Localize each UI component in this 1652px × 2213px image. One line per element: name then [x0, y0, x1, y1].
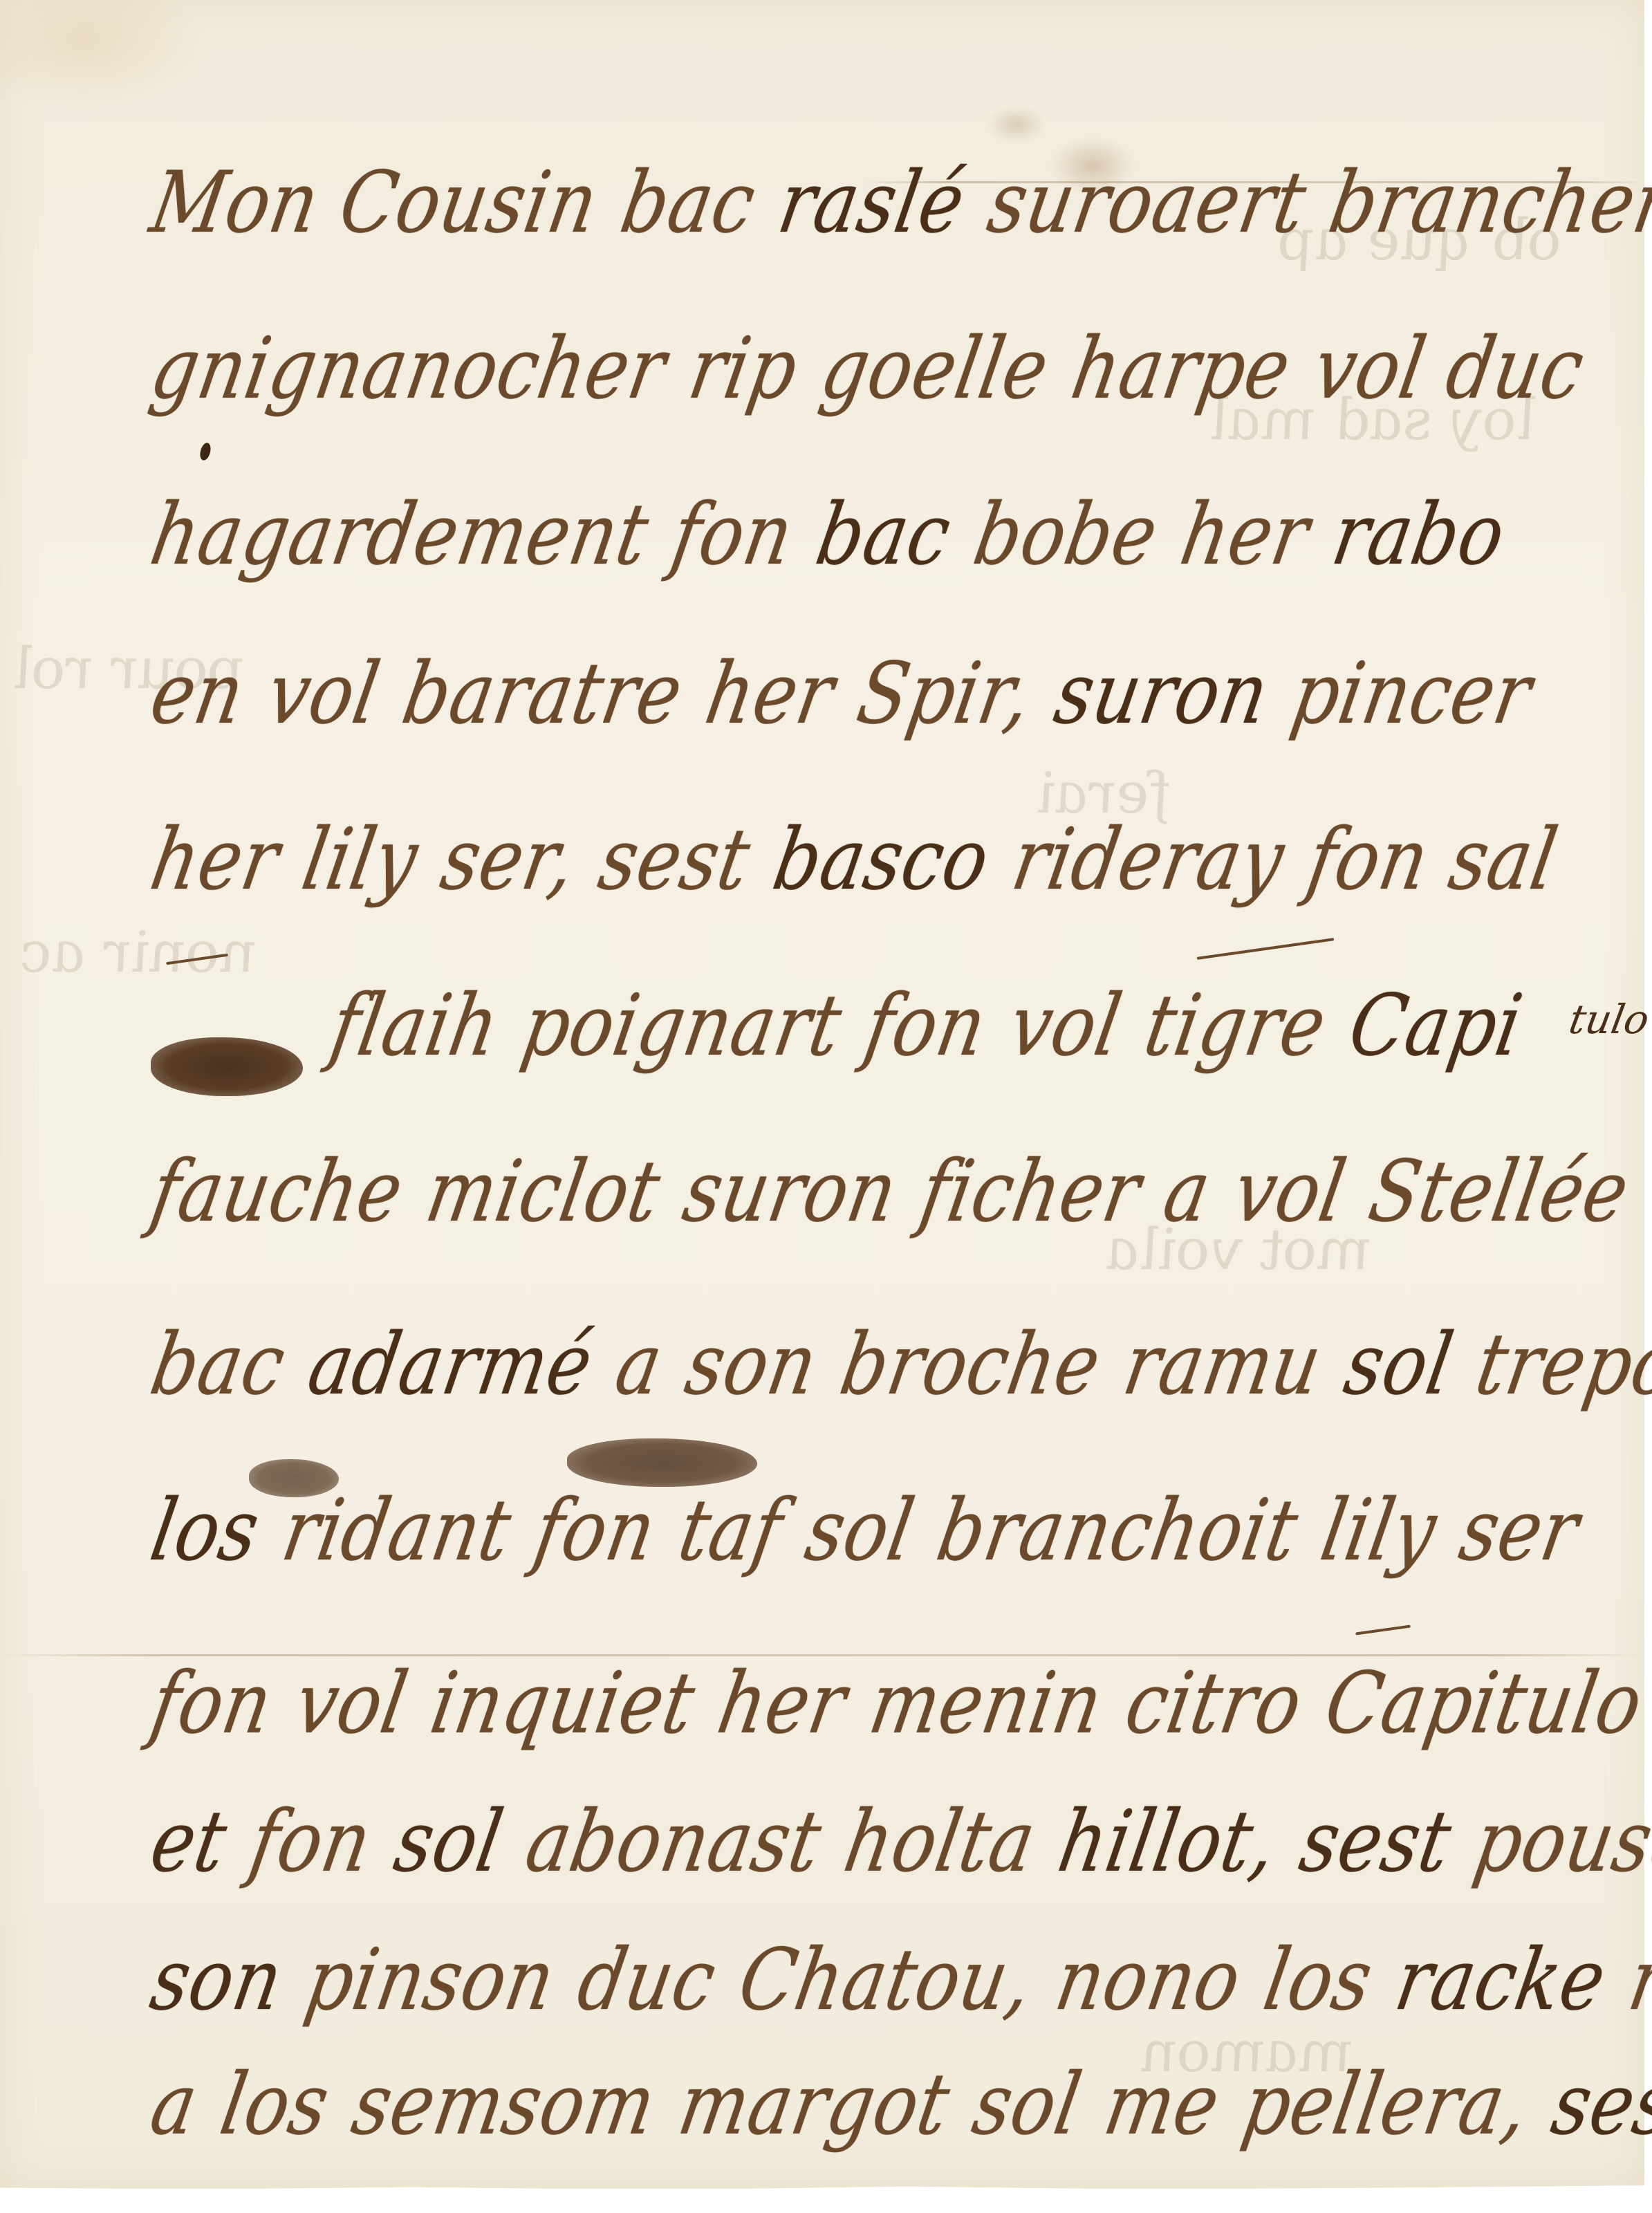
underline-stroke [1355, 1624, 1411, 1635]
word: brancher [1323, 153, 1652, 252]
word: Capitulo [1319, 1654, 1650, 1753]
word: pellera, [1236, 2055, 1536, 2154]
manuscript-line-13: alossemsommargotsolmepellera,sest [145, 2062, 1652, 2147]
word: vol [1227, 1142, 1353, 1241]
word: suron [676, 1142, 904, 1241]
word: gnignanocher [144, 319, 674, 418]
word: her [711, 1654, 854, 1753]
word: suron [1048, 644, 1276, 743]
word: branchoit [930, 1481, 1306, 1580]
word: vol [288, 1654, 415, 1753]
word: sol [388, 1792, 511, 1891]
word: fauche [144, 1142, 411, 1241]
interlinear-insertion: tulo [1566, 996, 1652, 1043]
struck-out-word [151, 1037, 303, 1096]
word: fon [144, 1654, 279, 1753]
manuscript-line-8: bacadarméasonbrocheramusoltreport [145, 1322, 1652, 1407]
word: Stellée [1362, 1142, 1637, 1241]
word: hillot, [1052, 1792, 1285, 1891]
word: bac [144, 1315, 293, 1414]
word: ridant [275, 1481, 519, 1580]
word: sest [592, 810, 757, 909]
word: sest [1545, 2055, 1652, 2154]
word: miclot [419, 1142, 667, 1241]
manuscript-line-4: envolbaratreherSpir,suronpincer [145, 651, 1564, 736]
word: holta [837, 1792, 1043, 1891]
word: fon sal [1301, 810, 1565, 909]
scribbled-strike-through [567, 1438, 757, 1487]
manuscript-line-3: hagardementfonbacbobeherrabo [145, 492, 1537, 577]
word: duc [571, 1930, 723, 2030]
word: ride [1622, 1930, 1652, 2030]
word: bac [614, 153, 763, 252]
word: et [144, 1792, 234, 1891]
word: Chatou, [732, 1930, 1040, 2030]
word: sol [1337, 1315, 1460, 1414]
word: basco [766, 810, 996, 909]
word: hagardement [144, 485, 656, 584]
word: los [1257, 1930, 1380, 2030]
word: sol [799, 1481, 922, 1580]
word: a [144, 2055, 205, 2154]
word: en [144, 644, 252, 743]
word: Spir, [851, 644, 1039, 743]
word: vol duc [1307, 319, 1592, 418]
word: flaih [324, 976, 506, 1075]
word: tigre [1138, 976, 1333, 1075]
manuscript-line-9: losridantfontafsolbranchoitlilyser [145, 1488, 1611, 1573]
word: fon [665, 485, 800, 584]
word: los [144, 1481, 267, 1580]
word: fon [528, 1481, 663, 1580]
word: sest [1293, 1792, 1458, 1891]
manuscript-line-12: sonpinsonducChatou,nonolosrackeride [145, 1937, 1652, 2022]
word: Mon Cousin [144, 153, 605, 252]
word: her [699, 644, 842, 743]
word: a [1157, 1142, 1218, 1241]
word: fon [243, 1792, 378, 1891]
word: son [678, 1315, 824, 1414]
underline-stroke [166, 954, 228, 965]
manuscript-line-11: etfonsolabonastholtahillot,sestpouserori… [145, 1799, 1652, 1884]
word: bobe [967, 485, 1165, 584]
word: Capi [1342, 976, 1530, 1075]
word: margot [672, 2055, 958, 2154]
word: lily [1315, 1481, 1445, 1580]
letter-body: Mon Cousinbacraslésuroaertbrancher gnign… [0, 0, 1644, 2189]
underline-stroke [1197, 938, 1335, 960]
word: citro [1119, 1654, 1310, 1753]
word: vol [1003, 976, 1129, 1075]
manuscript-line-7: fauchemiclotsuronficheravolStellée [145, 1149, 1652, 1234]
word: harpe [1065, 319, 1298, 418]
word: sol [966, 2055, 1089, 2154]
word: nono [1049, 1930, 1249, 2030]
word: poignart [515, 976, 849, 1075]
word: ficher [913, 1142, 1149, 1241]
word: los [214, 2055, 337, 2154]
word: pincer [1285, 644, 1539, 743]
ink-drop [198, 442, 212, 462]
word: semsom [345, 2055, 663, 2154]
word: abonast [519, 1792, 829, 1891]
manuscript-line-10: fonvolinquiethermenincitroCapitulo [145, 1660, 1652, 1746]
word: rip [683, 319, 806, 418]
word: broche [833, 1315, 1108, 1414]
word: bac [810, 485, 958, 584]
word: rabo [1326, 485, 1512, 584]
word: raslé [772, 153, 972, 252]
word: a [609, 1315, 669, 1414]
word: ramu [1117, 1315, 1329, 1414]
word: baratre [396, 644, 690, 743]
word: goelle [814, 319, 1056, 418]
word: pinson [299, 1930, 562, 2030]
word: inquiet [424, 1654, 703, 1753]
word: lily [295, 810, 425, 909]
manuscript-line-1: Mon Cousinbacraslésuroaertbrancher [145, 160, 1652, 245]
manuscript-line-6: flaihpoignartfonvoltigreCapi [325, 983, 1554, 1068]
word: ser, [434, 810, 584, 909]
word: vol [261, 644, 387, 743]
word: fon [858, 976, 994, 1075]
manuscript-line-2: gnignanocherripgoelleharpevol duc [145, 326, 1617, 411]
word: suroaert [981, 153, 1314, 252]
word: menin [863, 1654, 1111, 1753]
manuscript-line-5: herlilyser,sestbascoriderayfon sal [145, 817, 1590, 902]
word: son [144, 1930, 290, 2030]
word: pouseroris [1467, 1792, 1652, 1891]
word: rideray [1005, 810, 1292, 909]
word: ser [1453, 1481, 1586, 1580]
word: her [144, 810, 287, 909]
manuscript-page: ob que ap loy sad mal pour rol ferai non… [0, 0, 1644, 2189]
word: racke [1389, 1930, 1613, 2030]
word: her [1174, 485, 1317, 584]
word: me [1097, 2055, 1227, 2154]
word: adarmé [301, 1315, 600, 1414]
word: treport [1469, 1315, 1652, 1414]
word: taf [672, 1481, 790, 1580]
